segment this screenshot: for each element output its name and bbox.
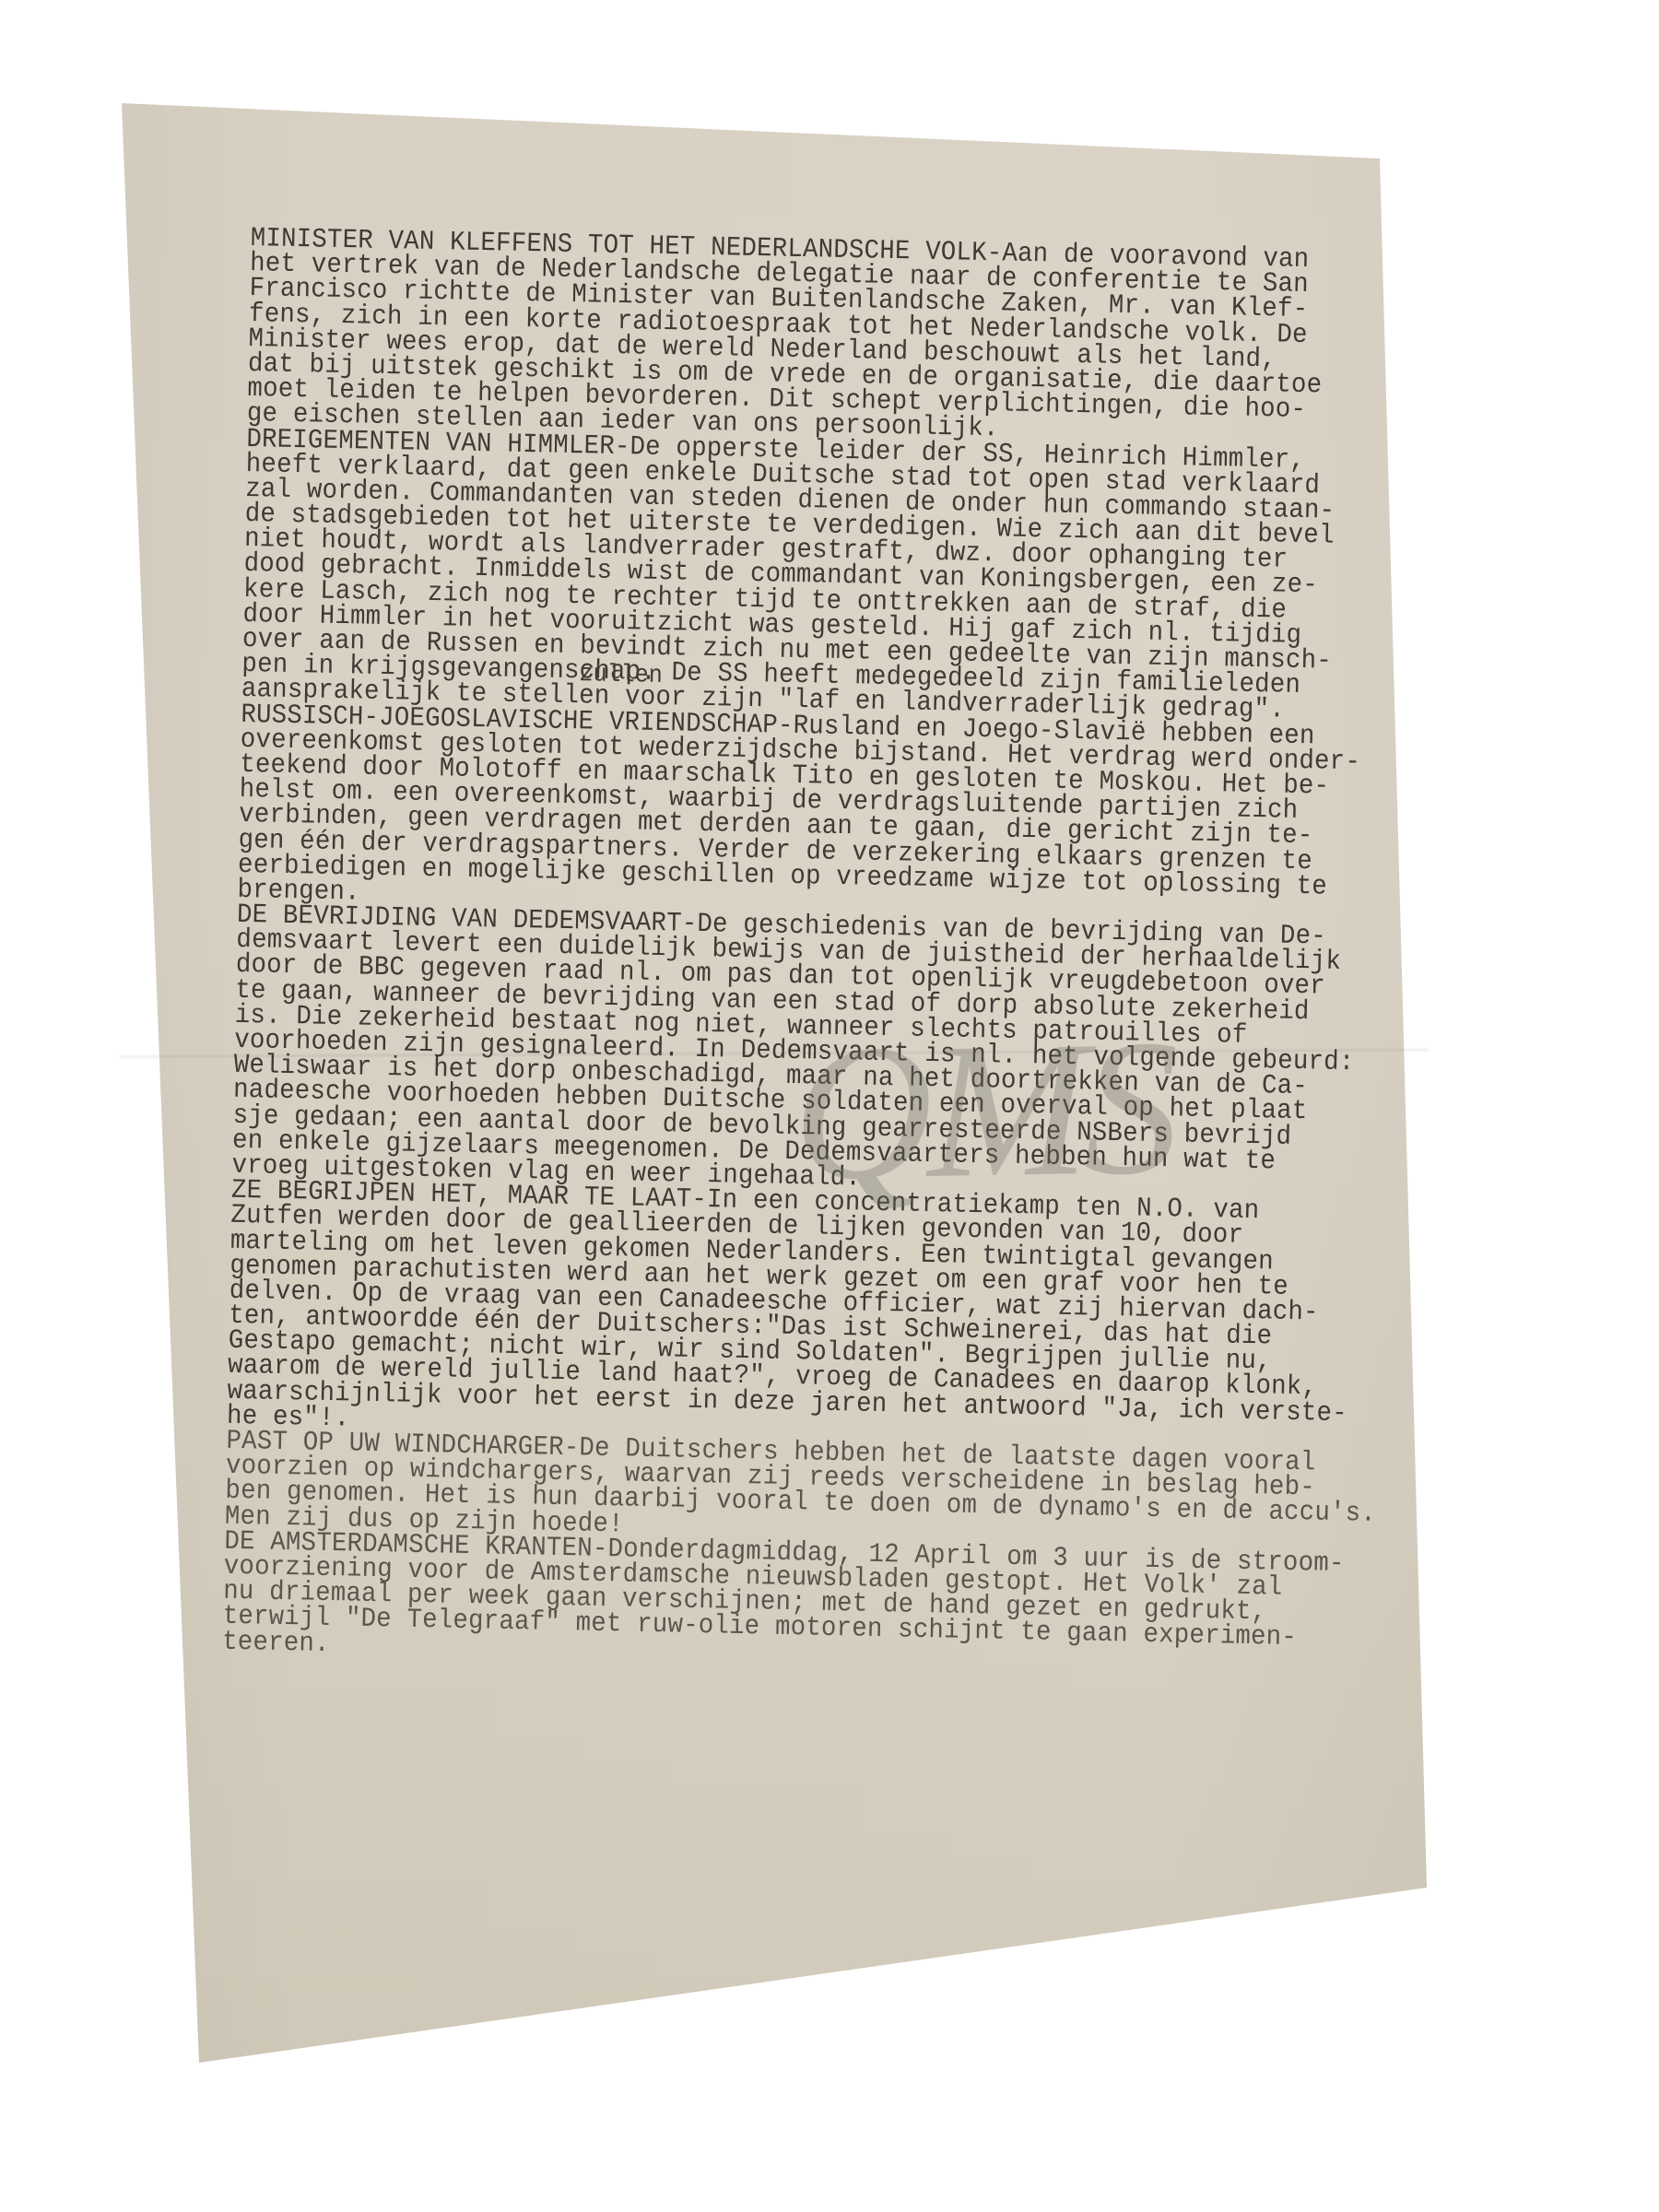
interlinear-insert: zullen — [579, 661, 663, 690]
typewritten-text: MINISTER VAN KLEFFENS TOT HET NEDERLANDS… — [222, 226, 1331, 1676]
document-photo: MINISTER VAN KLEFFENS TOT HET NEDERLANDS… — [0, 0, 1659, 2212]
watermark: QMS — [791, 996, 1176, 1225]
